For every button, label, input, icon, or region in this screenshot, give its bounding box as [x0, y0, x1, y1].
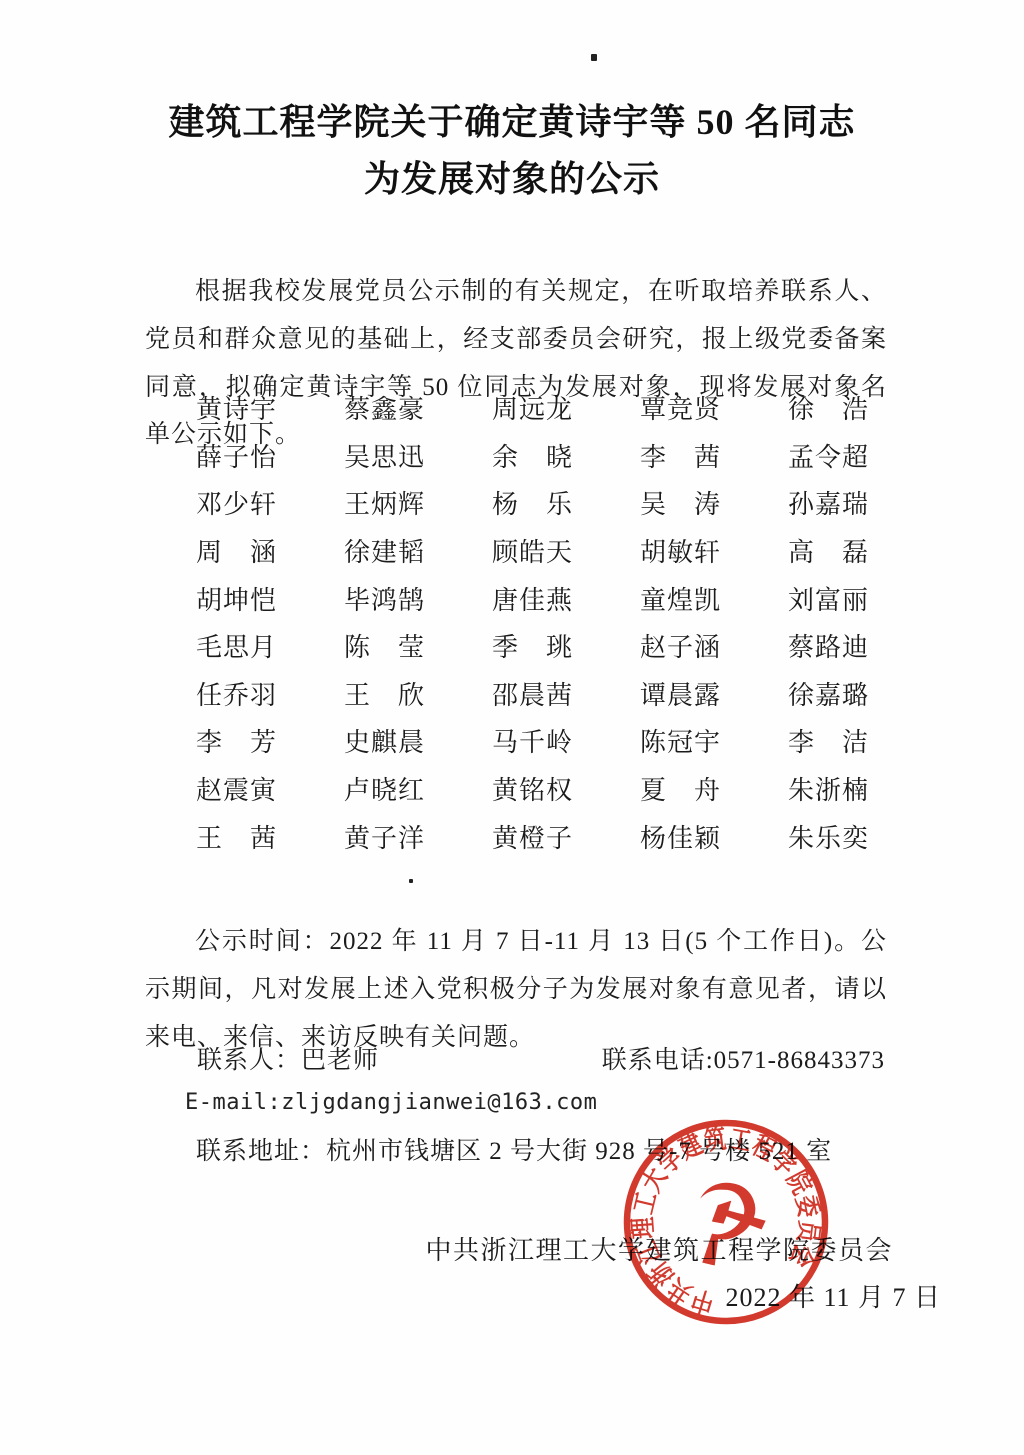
name-list-item: 余 晓	[492, 437, 640, 474]
name-list-item: 覃竞贤	[640, 389, 788, 426]
document-page: 建筑工程学院关于确定黄诗宇等 50 名同志 为发展对象的公示 根据我校发展党员公…	[0, 0, 1024, 1455]
scan-artifact-dot	[591, 54, 597, 61]
name-list-item: 胡坤恺	[196, 580, 344, 617]
name-list-item: 唐佳燕	[492, 580, 640, 617]
contact-row: 联系人：巴老师 联系电话:0571-86843373	[197, 1040, 885, 1076]
title-line-1: 建筑工程学院关于确定黄诗宇等 50 名同志	[0, 94, 1024, 151]
name-list-item: 陈 莹	[344, 627, 492, 664]
name-list: 黄诗宇 蔡鑫豪 周远龙 覃竞贤 徐 浩 薛子怡 吴思迅 余 晓 李 茜 孟令超 …	[196, 384, 896, 860]
name-list-item: 卢晓红	[344, 770, 492, 807]
name-list-item: 黄橙子	[492, 818, 640, 855]
name-list-item: 黄铭权	[492, 770, 640, 807]
name-list-item: 朱乐奕	[788, 818, 936, 855]
name-list-item: 季 珧	[492, 627, 640, 664]
name-list-item: 王 茜	[196, 818, 344, 855]
name-list-item: 薛子怡	[196, 437, 344, 474]
name-list-item: 周远龙	[492, 389, 640, 426]
name-list-item: 邓少轩	[196, 484, 344, 521]
name-list-item: 黄子洋	[344, 818, 492, 855]
issuing-committee-signature: 中共浙江理工大学建筑工程学院委员会	[425, 1230, 893, 1267]
name-list-item: 李 芳	[196, 722, 344, 759]
name-list-item: 马千岭	[492, 722, 640, 759]
name-list-item: 孙嘉瑞	[788, 484, 936, 521]
name-list-item: 黄诗宇	[196, 389, 344, 426]
name-list-item: 童煌凯	[640, 580, 788, 617]
name-list-item: 谭晨露	[640, 675, 788, 712]
document-title: 建筑工程学院关于确定黄诗宇等 50 名同志 为发展对象的公示	[0, 94, 1024, 208]
name-list-item: 史麒晨	[344, 722, 492, 759]
name-list-item: 朱浙楠	[788, 770, 936, 807]
contact-address: 联系地址：杭州市钱塘区 2 号大街 928 号-7 号楼 521 室	[196, 1131, 832, 1167]
name-list-item: 徐 浩	[788, 389, 936, 426]
name-list-item: 周 涵	[196, 532, 344, 569]
name-list-item: 毕鸿鹄	[344, 580, 492, 617]
name-list-item: 邵晨茜	[492, 675, 640, 712]
scan-artifact-dot	[409, 879, 413, 883]
contact-person: 联系人：巴老师	[197, 1040, 379, 1076]
issue-date: 2022 年 11 月 7 日	[725, 1277, 941, 1314]
name-list-item: 赵震寅	[196, 770, 344, 807]
name-list-item: 刘富丽	[788, 580, 936, 617]
name-list-item: 杨佳颖	[640, 818, 788, 855]
name-list-item: 蔡路迪	[788, 627, 936, 664]
name-list-item: 胡敏轩	[640, 532, 788, 569]
name-list-item: 杨 乐	[492, 484, 640, 521]
name-list-item: 李 茜	[640, 437, 788, 474]
name-list-item: 夏 舟	[640, 770, 788, 807]
name-list-item: 吴 涛	[640, 484, 788, 521]
hammer-sickle-icon: ☭	[662, 1151, 791, 1296]
name-list-item: 任乔羽	[196, 675, 344, 712]
name-list-item: 顾皓天	[492, 532, 640, 569]
name-list-item: 王 欣	[344, 675, 492, 712]
name-list-item: 蔡鑫豪	[344, 389, 492, 426]
contact-phone: 联系电话:0571-86843373	[602, 1040, 885, 1076]
contact-email: E-mail:zljgdangjianwei@163.com	[185, 1090, 597, 1115]
name-list-item: 李 洁	[788, 722, 936, 759]
name-list-item: 赵子涵	[640, 627, 788, 664]
name-list-item: 徐嘉璐	[788, 675, 936, 712]
name-list-item: 高 磊	[788, 532, 936, 569]
name-list-item: 王炳辉	[344, 484, 492, 521]
name-list-item: 徐建韬	[344, 532, 492, 569]
name-list-item: 陈冠宇	[640, 722, 788, 759]
name-list-item: 孟令超	[788, 437, 936, 474]
title-line-2: 为发展对象的公示	[0, 151, 1024, 208]
name-list-item: 吴思迅	[344, 437, 492, 474]
name-list-item: 毛思月	[196, 627, 344, 664]
